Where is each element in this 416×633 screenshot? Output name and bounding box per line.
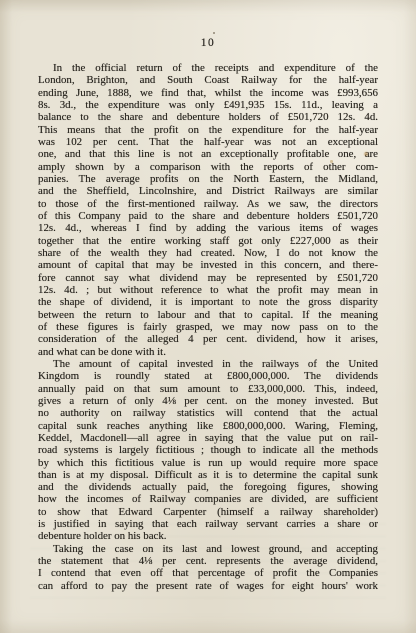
- text-line: consideration of the alleged 4 per cent.…: [38, 333, 378, 345]
- text-line: debenture holder on his back.: [38, 530, 378, 542]
- text-line: was 102 per cent. That the half-year was…: [38, 136, 378, 148]
- text-line: In the official return of the receipts a…: [38, 62, 378, 74]
- text-line: 12s. 4d. ; but without reference to what…: [38, 284, 378, 296]
- text-line: amply shown by a comparison with the rep…: [38, 161, 378, 173]
- text-line: annually paid on that sum amount to £33,…: [38, 383, 378, 395]
- text-line: no authority on railway statistics will …: [38, 407, 378, 419]
- text-line: road systems is largely fictitious ; tho…: [38, 444, 378, 456]
- text-line: 8s. 3d., the expenditure was only £491,9…: [38, 99, 378, 111]
- page-number: 10: [38, 36, 378, 50]
- text-line: fore cannot say what dividend may be rep…: [38, 272, 378, 284]
- text-line: panies. The average profits on the North…: [38, 173, 378, 185]
- text-line: Taking the case on its last and lowest g…: [38, 543, 378, 555]
- text-line: of these figures is fairly grasped, we m…: [38, 321, 378, 333]
- text-line: This means that the profit on the expend…: [38, 124, 378, 136]
- text-line: to show that Edward Carpenter (himself a…: [38, 506, 378, 518]
- paragraph: The amount of capital invested in the ra…: [38, 358, 378, 543]
- text-line: and the Sheffield, Lincolnshire, and Dis…: [38, 185, 378, 197]
- text-line: ending June, 1888, we find that, whilst …: [38, 87, 378, 99]
- text-line: Keddel, Macdonell—all agree in saying th…: [38, 432, 378, 444]
- text-line: one, and that this line is not an except…: [38, 148, 378, 160]
- text-line: than is at my disposal. Difficult as it …: [38, 469, 378, 481]
- text-line: balance to the share and debenture holde…: [38, 111, 378, 123]
- text-line: Kingdom is roundly stated at £800,000,00…: [38, 370, 378, 382]
- text-line: amount of capital that may be invested i…: [38, 259, 378, 271]
- paragraph: Taking the case on its last and lowest g…: [38, 543, 378, 592]
- scanned-page: 10 In the official return of the receipt…: [0, 0, 416, 633]
- text-line: to those of the first-mentioned railway.…: [38, 198, 378, 210]
- text-line: how the incomes of Railway companies are…: [38, 493, 378, 505]
- text-line: gives a return of only 4⅛ per cent. on t…: [38, 395, 378, 407]
- paragraph: In the official return of the receipts a…: [38, 62, 378, 358]
- text-line: I contend that even off that percentage …: [38, 567, 378, 579]
- text-line: of this Company paid to the share and de…: [38, 210, 378, 222]
- text-line: the statement that 4⅛ per cent. represen…: [38, 555, 378, 567]
- text-block: In the official return of the receipts a…: [38, 62, 378, 592]
- text-line: together that the entire working staff g…: [38, 235, 378, 247]
- text-line: is justified in saying that each railway…: [38, 518, 378, 530]
- text-line: the shape of dividend, it is important t…: [38, 296, 378, 308]
- text-line: by which this fictitious value is run up…: [38, 457, 378, 469]
- text-line: capital sunk reaches anything like £800,…: [38, 420, 378, 432]
- text-line: London, Brighton, and South Coast Railwa…: [38, 74, 378, 86]
- text-line: and the dividends actually paid, the for…: [38, 481, 378, 493]
- text-line: 12s. 4d., whereas I find by adding the v…: [38, 222, 378, 234]
- text-line: share of the wealth they had created. No…: [38, 247, 378, 259]
- text-line: The amount of capital invested in the ra…: [38, 358, 378, 370]
- text-line: and what can be done with it.: [38, 346, 378, 358]
- foxing-spot: [213, 32, 215, 34]
- text-line: can afford to pay the present rate of wa…: [38, 580, 378, 592]
- text-line: between the return to labour and that to…: [38, 309, 378, 321]
